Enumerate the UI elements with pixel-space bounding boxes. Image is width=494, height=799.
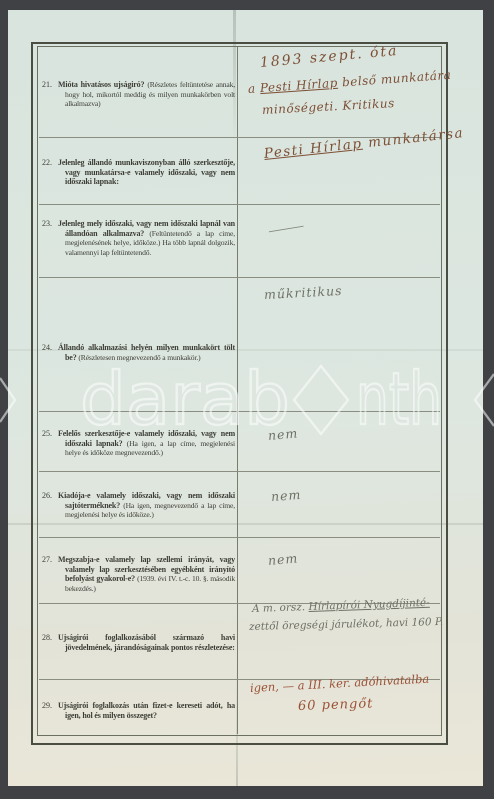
answer-28-line1-pre: A m. orsz. — [252, 601, 306, 615]
row-divider — [39, 204, 440, 205]
question-text-28: Ujságirói foglalkozásából származó havi … — [58, 633, 235, 652]
answer-25: nem — [267, 425, 299, 443]
row-divider — [39, 471, 440, 472]
question-number-28: 28. — [42, 633, 58, 642]
question-21-main: Mióta hivatásos ujságiró? — [58, 80, 144, 89]
question-text-26: Kiadója-e valamely időszaki, vagy nem id… — [58, 491, 235, 520]
question-number-24: 24. — [42, 343, 58, 352]
question-24-note: (Részletesen megnevezendő a munkakör.) — [78, 353, 200, 362]
answer-29-line2: 60 pengőt — [298, 696, 374, 714]
answer-21-line2-pre: a — [248, 81, 257, 95]
question-number-26: 26. — [42, 491, 58, 500]
answer-26: nem — [270, 487, 301, 504]
column-divider — [237, 47, 238, 734]
row-divider — [39, 277, 440, 278]
question-text-27: Megszabja-e valamely lap szellemi irányá… — [58, 555, 235, 593]
question-text-29: Ujságirói foglalkozás után fizet-e keres… — [58, 701, 235, 720]
row-divider — [39, 537, 440, 538]
question-number-29: 29. — [42, 701, 58, 710]
question-28-main: Ujságirói foglalkozásából származó havi … — [58, 633, 235, 652]
row-divider — [39, 411, 440, 412]
question-text-24: Állandó alkalmazási helyén milyen munkak… — [58, 343, 235, 362]
question-number-27: 27. — [42, 555, 58, 564]
question-22-main: Jelenleg állandó munkaviszonyban álló sz… — [58, 158, 235, 186]
question-number-21: 21. — [42, 80, 58, 89]
question-number-23: 23. — [42, 219, 58, 228]
question-number-25: 25. — [42, 429, 58, 438]
answer-27: nem — [267, 550, 299, 568]
scan-background: 21. Mióta hivatásos ujságiró? (Részletes… — [0, 0, 494, 799]
question-29-main: Ujságirói foglalkozás után fizet-e keres… — [58, 701, 235, 720]
question-text-22: Jelenleg állandó munkaviszonyban álló sz… — [58, 158, 235, 187]
answer-23-ditto-mark: — — [279, 220, 293, 236]
question-text-23: Jelenleg mely időszaki, vagy nem időszak… — [58, 219, 235, 257]
question-text-21: Mióta hivatásos ujságiró? (Részletes fel… — [58, 80, 235, 109]
question-text-25: Felelős szerkesztője-e valamely időszaki… — [58, 429, 235, 458]
question-number-22: 22. — [42, 158, 58, 167]
